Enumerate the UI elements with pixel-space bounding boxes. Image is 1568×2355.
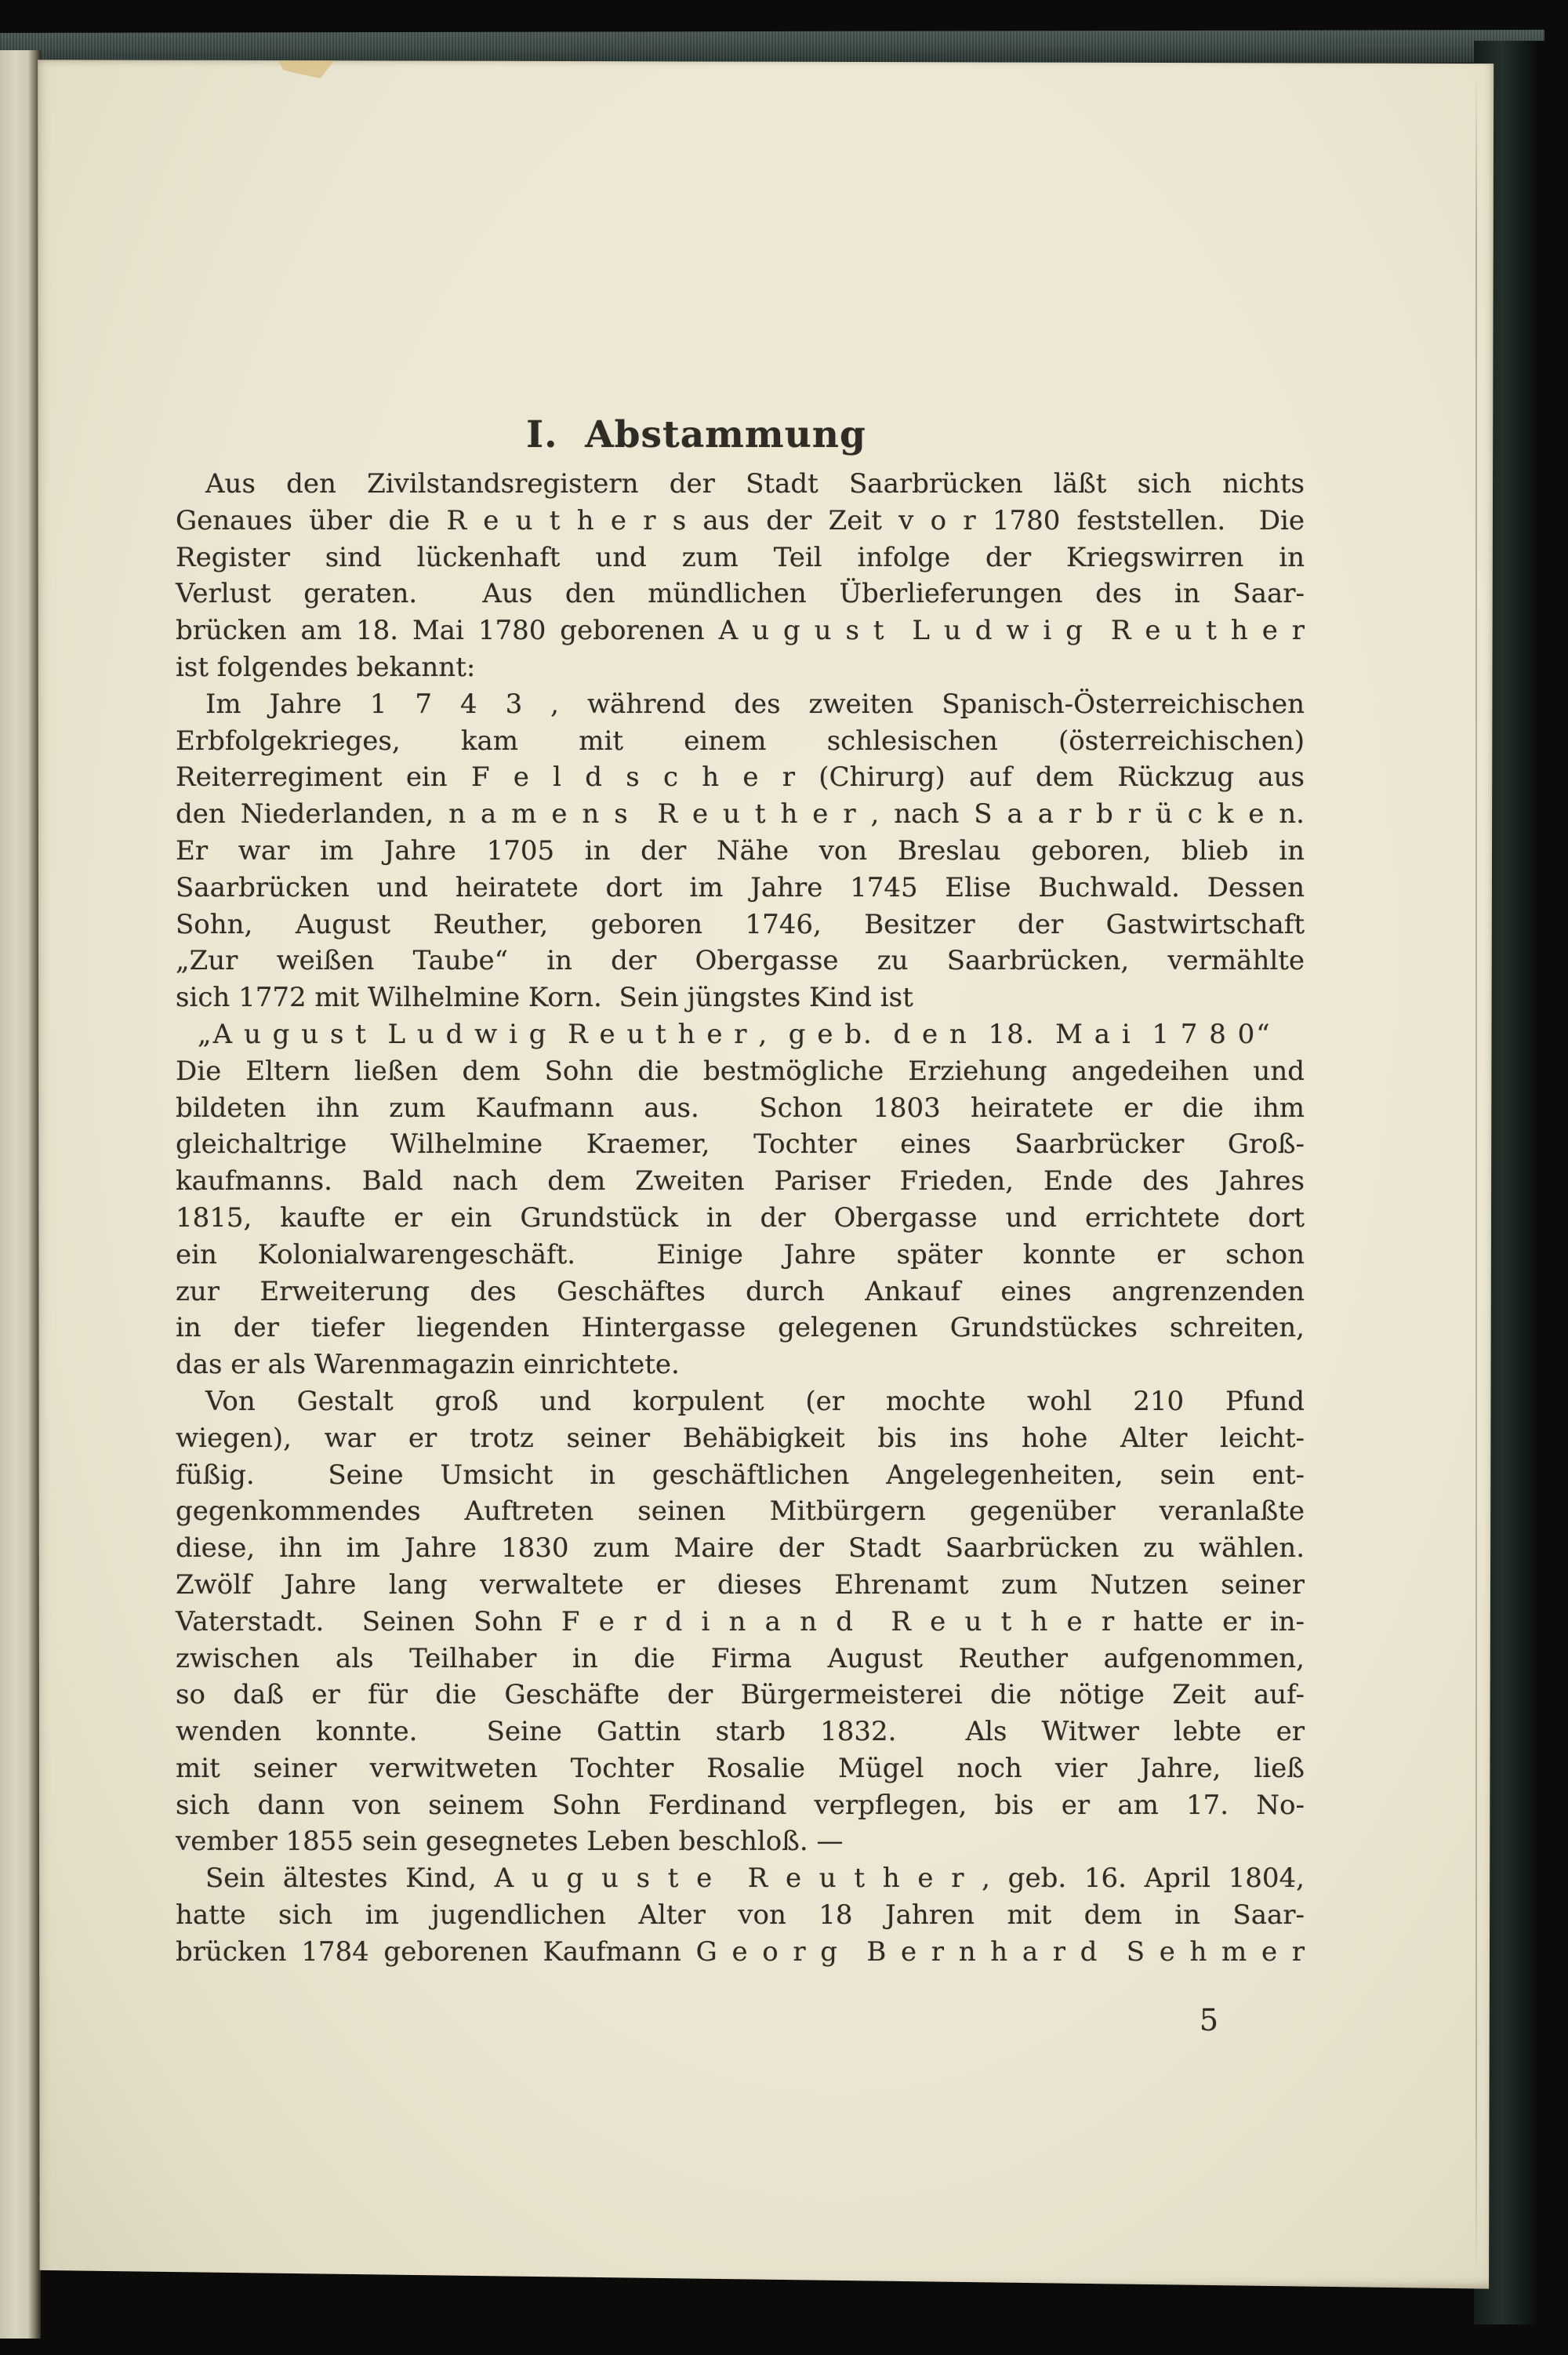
text-line: bildeten ihn zum Kaufmann aus. Schon 180… — [176, 1090, 1305, 1127]
quoted-birth-line: „A u g u s t L u d w i g R e u t h e r ,… — [176, 1016, 1305, 1053]
text-line: Er war im Jahre 1705 in der Nähe von Bre… — [176, 833, 1305, 870]
text-line: den Niederlanden, n a m e n s R e u t h … — [176, 796, 1305, 833]
text-line: diese, ihn im Jahre 1830 zum Maire der S… — [176, 1530, 1305, 1567]
text-line: Saarbrücken und heiratete dort im Jahre … — [176, 870, 1305, 907]
text-line: Sohn, August Reuther, geboren 1746, Besi… — [176, 907, 1305, 943]
text-line: gleichaltrige Wilhelmine Kraemer, Tochte… — [176, 1126, 1305, 1163]
text-line: zur Erweiterung des Geschäftes durch Ank… — [176, 1274, 1305, 1310]
text-line: Vaterstadt. Seinen Sohn F e r d i n a n … — [176, 1604, 1305, 1641]
text-line: sich 1772 mit Wilhelmine Korn. Sein jüng… — [176, 979, 1305, 1016]
book-scan: I. Abstammung Aus den Zivilstandsregiste… — [0, 0, 1568, 2355]
book-page: I. Abstammung Aus den Zivilstandsregiste… — [34, 56, 1496, 2291]
text-line: wiegen), war er trotz seiner Behäbigkeit… — [176, 1420, 1305, 1457]
text-line: kaufmanns. Bald nach dem Zweiten Pariser… — [176, 1163, 1305, 1200]
paragraph: Sein ältestes Kind, A u g u s t e R e u … — [176, 1860, 1305, 1970]
text-line: gegenkommendes Auftreten seinen Mitbürge… — [176, 1493, 1305, 1530]
text-line: 1815, kaufte er ein Grundstück in der Ob… — [176, 1200, 1305, 1237]
text-line: das er als Warenmagazin einrichtete. — [176, 1346, 1305, 1383]
text-line: so daß er für die Geschäfte der Bürgerme… — [176, 1677, 1305, 1714]
page-stain — [278, 59, 336, 78]
page-crease — [1475, 69, 1477, 2279]
text-line: Aus den Zivilstandsregistern der Stadt S… — [176, 466, 1305, 503]
previous-page-edge — [0, 50, 41, 2339]
text-line: „Zur weißen Taube“ in der Obergasse zu S… — [176, 943, 1305, 979]
text-line: mit seiner verwitweten Tochter Rosalie M… — [176, 1750, 1305, 1787]
text-line: Reiterregiment ein F e l d s c h e r (Ch… — [176, 759, 1305, 796]
text-line: hatte sich im jugendlichen Alter von 18 … — [176, 1897, 1305, 1934]
text-line: brücken 1784 geborenen Kaufmann G e o r … — [176, 1934, 1305, 1971]
text-line: füßig. Seine Umsicht in geschäftlichen A… — [176, 1457, 1305, 1494]
text-line: wenden konnte. Seine Gattin starb 1832. … — [176, 1714, 1305, 1750]
paragraph: Im Jahre 1 7 4 3 , während des zweiten S… — [176, 686, 1305, 1016]
text-line: Die Eltern ließen dem Sohn die bestmögli… — [176, 1053, 1305, 1090]
text-line: brücken am 18. Mai 1780 geborenen A u g … — [176, 612, 1305, 649]
text-line: „A u g u s t L u d w i g R e u t h e r ,… — [176, 1016, 1305, 1053]
text-line: Sein ältestes Kind, A u g u s t e R e u … — [176, 1860, 1305, 1897]
page-content: I. Abstammung Aus den Zivilstandsregiste… — [176, 411, 1305, 1971]
paragraph: Von Gestalt groß und korpulent (er mocht… — [176, 1383, 1305, 1860]
text-line: Von Gestalt groß und korpulent (er mocht… — [176, 1383, 1305, 1420]
text-line: Im Jahre 1 7 4 3 , während des zweiten S… — [176, 686, 1305, 723]
page-number: 5 — [1116, 2003, 1218, 2037]
text-line: ein Kolonialwarengeschäft. Einige Jahre … — [176, 1237, 1305, 1274]
text-line: vember 1855 sein gesegnetes Leben beschl… — [176, 1823, 1305, 1860]
paragraph: Die Eltern ließen dem Sohn die bestmögli… — [176, 1053, 1305, 1383]
text-line: Erbfolgekrieges, kam mit einem schlesisc… — [176, 723, 1305, 760]
text-block: Aus den Zivilstandsregistern der Stadt S… — [176, 466, 1305, 1971]
text-line: zwischen als Teilhaber in die Firma Augu… — [176, 1641, 1305, 1677]
text-line: Verlust geraten. Aus den mündlichen Über… — [176, 576, 1305, 612]
paragraph: Aus den Zivilstandsregistern der Stadt S… — [176, 466, 1305, 686]
section-heading: I. Abstammung — [132, 411, 1261, 460]
text-line: Genaues über die R e u t h e r s aus der… — [176, 503, 1305, 540]
text-line: Register sind lückenhaft und zum Teil in… — [176, 540, 1305, 576]
text-line: ist folgendes bekannt: — [176, 649, 1305, 686]
text-line: Zwölf Jahre lang verwaltete er dieses Eh… — [176, 1567, 1305, 1604]
text-line: sich dann von seinem Sohn Ferdinand verp… — [176, 1787, 1305, 1824]
text-line: in der tiefer liegenden Hintergasse gele… — [176, 1310, 1305, 1346]
